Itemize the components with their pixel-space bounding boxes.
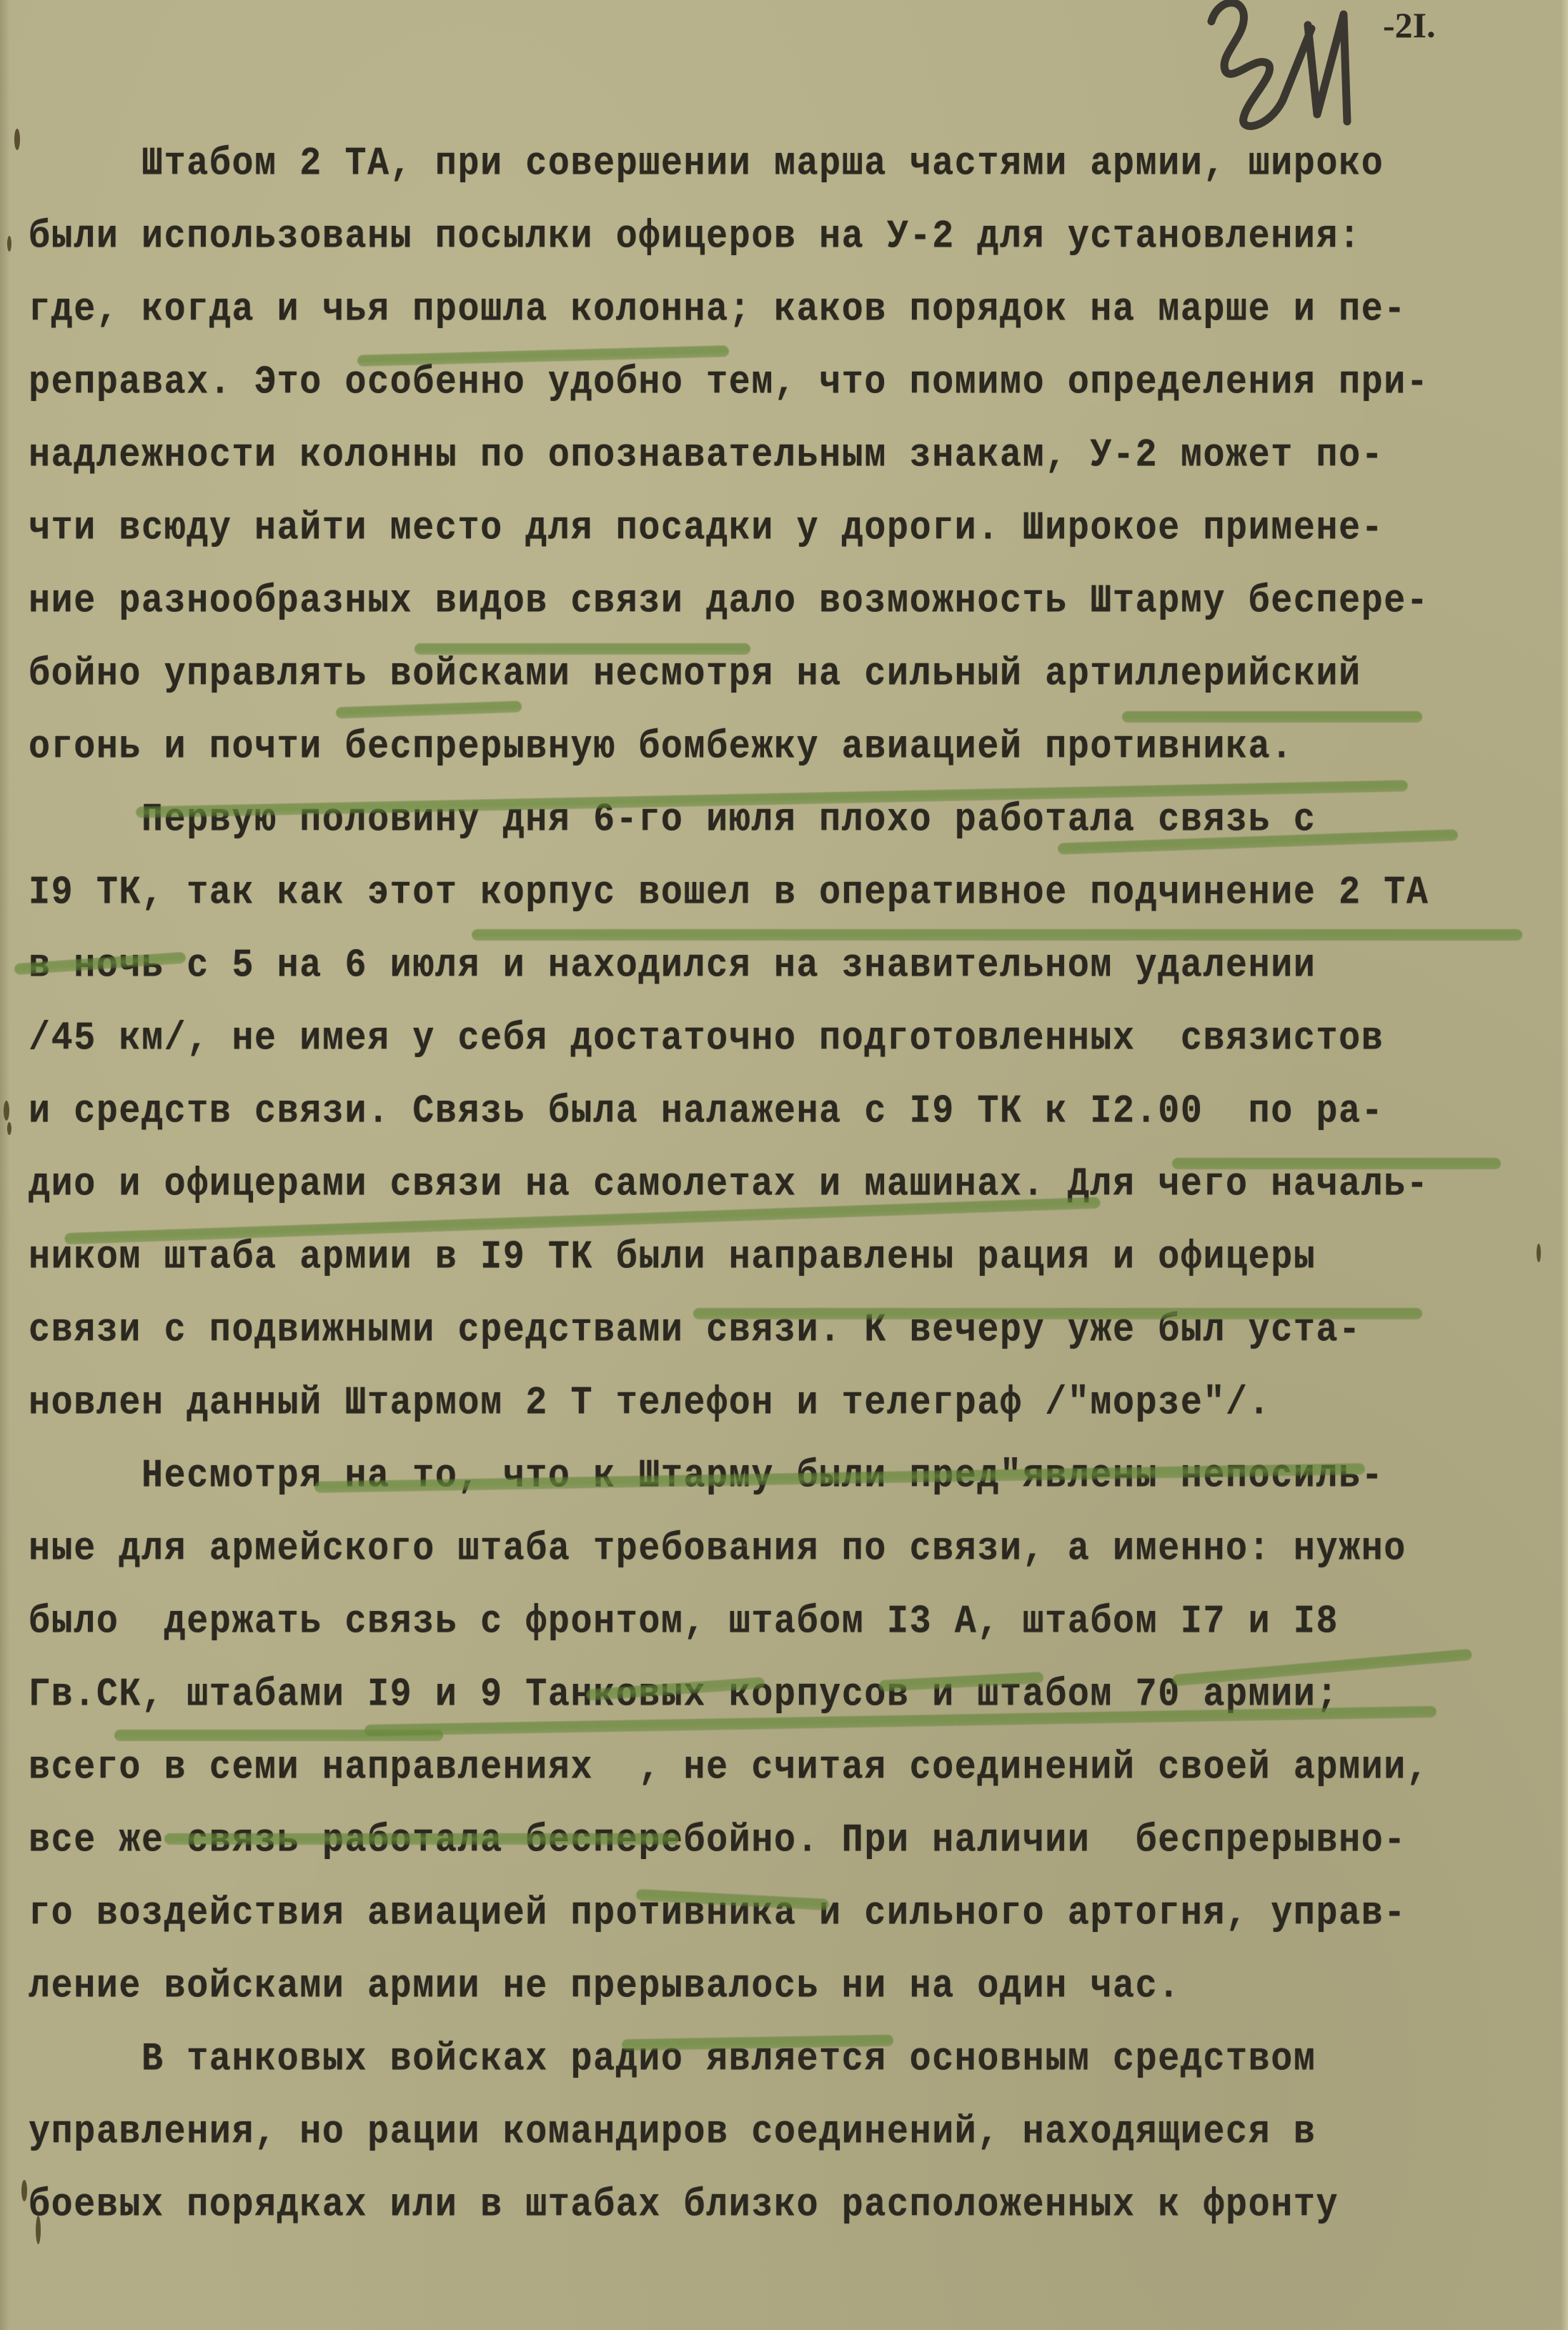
page-number: -2I. [1383, 4, 1436, 46]
paper-speck [14, 129, 20, 150]
marker-underline [472, 929, 1522, 941]
text-line: огонь и почти беспрерывную бомбежку авиа… [29, 723, 1294, 771]
paper-speck [21, 2180, 27, 2201]
text-line: Штабом 2 ТА, при совершении марша частям… [29, 140, 1384, 188]
marker-underline [415, 643, 750, 655]
marker-underline [1172, 1158, 1501, 1169]
text-line: управления, но рации командиров соединен… [29, 2108, 1316, 2156]
text-line: реправах. Это особенно удобно тем, что п… [29, 359, 1429, 407]
page-edge-left [0, 0, 10, 2330]
handwritten-initials [1204, 0, 1376, 136]
text-line: в ночь с 5 на 6 июля и находился на знав… [29, 942, 1316, 990]
paper-speck [7, 1122, 11, 1135]
text-line: бойно управлять войсками несмотря на сил… [29, 650, 1361, 698]
text-line: ником штаба армии в I9 ТК были направлен… [29, 1234, 1316, 1281]
text-line: было держать связь с фронтом, штабом I3 … [29, 1598, 1339, 1646]
marker-underline [1122, 711, 1422, 723]
text-line: I9 ТК, так как этот корпус вошел в опера… [29, 869, 1429, 917]
paper-speck [7, 236, 11, 252]
text-line: ные для армейского штаба требования по с… [29, 1525, 1406, 1573]
text-line: новлен данный Штармом 2 Т телефон и теле… [29, 1379, 1271, 1427]
paper-speck [36, 2216, 41, 2244]
paper-speck [743, 1544, 746, 1547]
marker-underline [693, 1308, 1422, 1319]
text-line: всего в семи направлениях , не считая со… [29, 1744, 1429, 1792]
text-line: были использованы посылки офицеров на У-… [29, 213, 1361, 261]
page-edge-right [1561, 0, 1568, 2330]
paper-speck [1537, 1244, 1541, 1262]
paper-speck [4, 1101, 9, 1121]
text-line: чти всюду найти место для посадки у доро… [29, 505, 1384, 552]
text-line: ление войсками армии не прерывалось ни н… [29, 1963, 1181, 2011]
text-line: и средств связи. Связь была налажена с I… [29, 1088, 1384, 1136]
text-line: надлежности колонны по опознавательным з… [29, 432, 1384, 480]
text-line: /45 км/, не имея у себя достаточно подго… [29, 1015, 1384, 1063]
marker-underline [164, 1833, 679, 1845]
text-line: ние разнообразных видов связи дало возмо… [29, 577, 1429, 625]
text-line: где, когда и чья прошла колонна; каков п… [29, 286, 1406, 334]
text-line: боевых порядках или в штабах близко расп… [29, 2181, 1339, 2229]
